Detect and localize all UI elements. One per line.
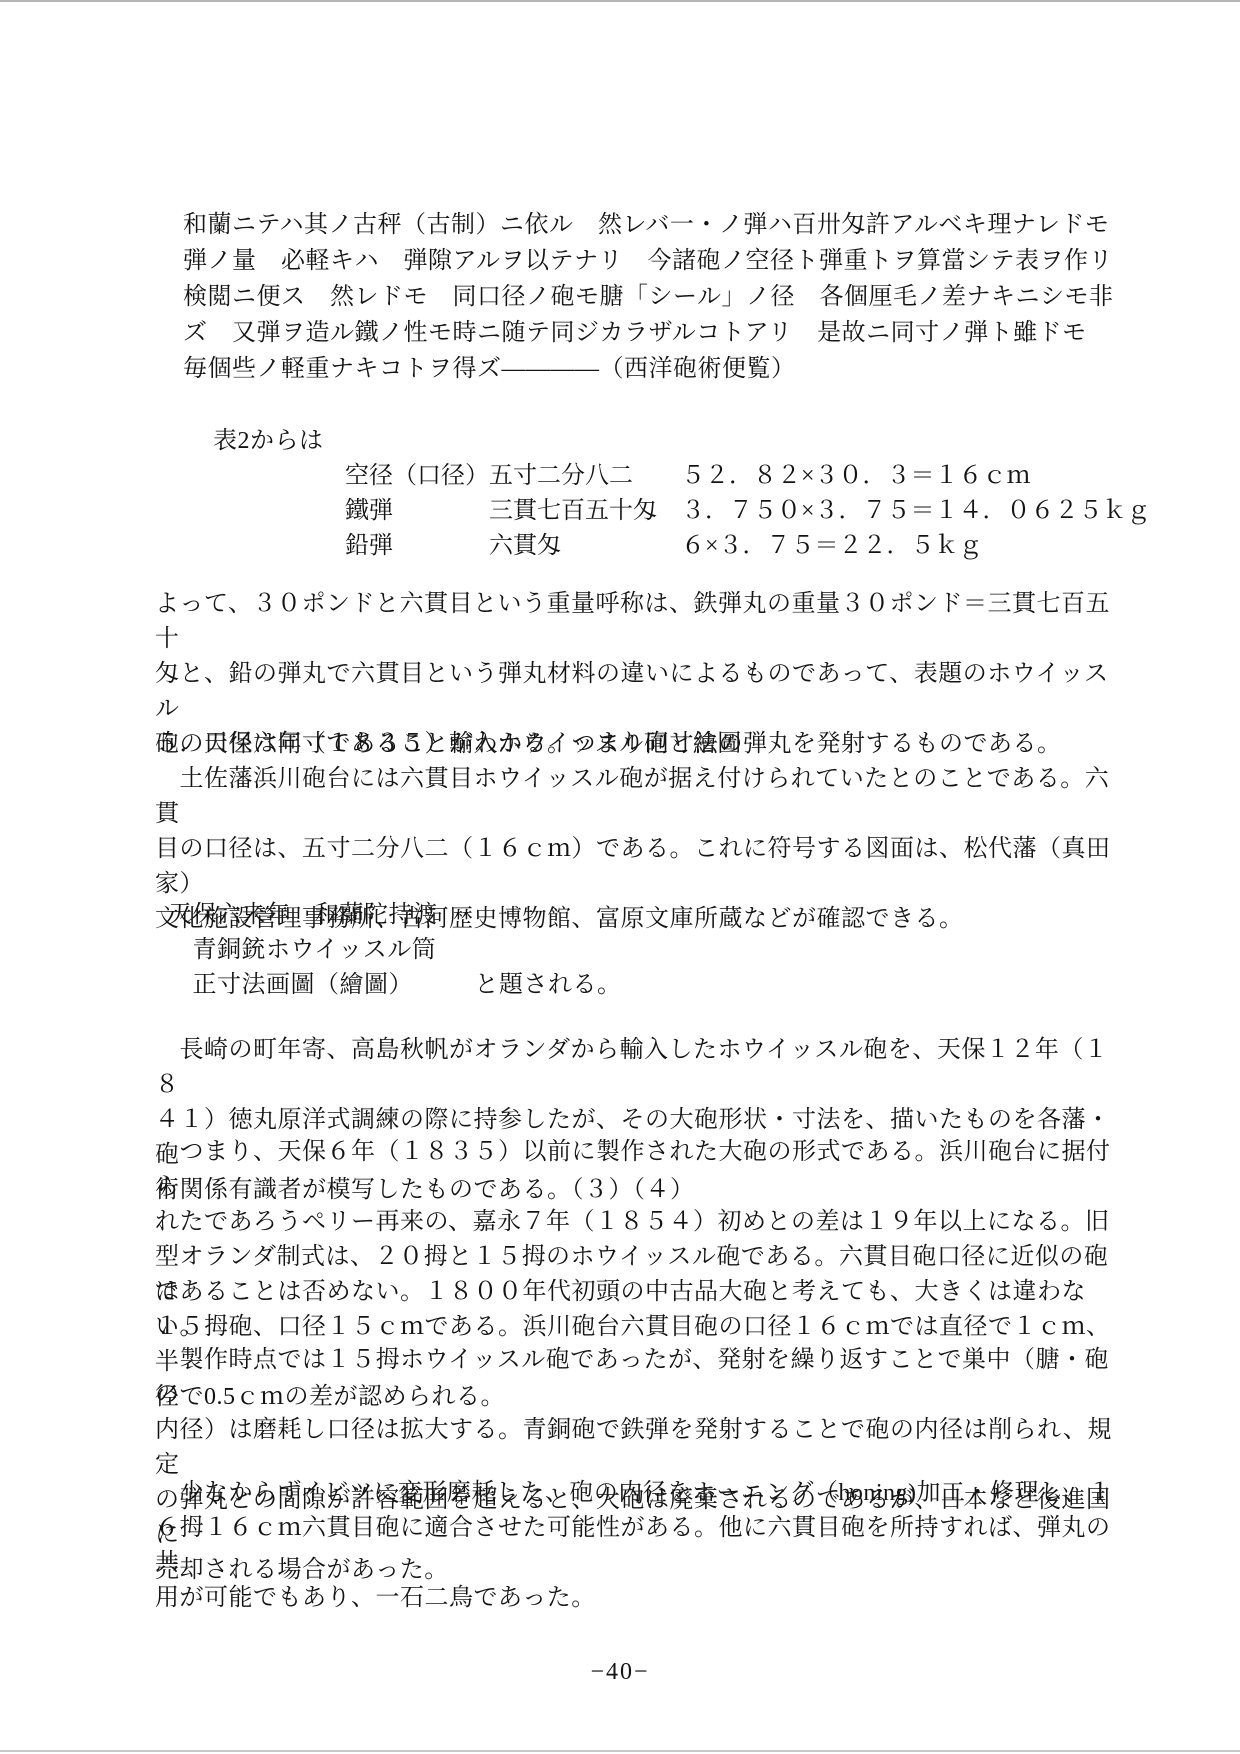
text-line: 内径）は磨耗し口径は拡大する。青銅砲で鉄弾を発射することで砲の内径は削られ、規定: [155, 1413, 1120, 1483]
text-line: 青銅銃ホウイッスル筒: [168, 933, 868, 968]
text-line: ズ 又弾ヲ造ル鐵ノ性モ時ニ随テ同ジカラザルコトアリ 是故ニ同寸ノ弾ト雖ドモ: [183, 315, 1123, 351]
table2-row1-label: 空径（口径）: [345, 459, 489, 494]
table-row: 鉛弾 六貫匁 ６×３．７５＝２２．５ｋｇ: [345, 529, 1151, 564]
text-line: 天保六未年 和蘭陀持渡: [168, 898, 868, 933]
text-line: 用が可能でもあり、一石二鳥であった。: [155, 1581, 1120, 1616]
text-line: よって、３０ポンドと六貫目という重量呼称は、鉄弾丸の重量３０ポンド＝三貫七百五十: [155, 587, 1115, 657]
drawing-title-caption: 天保六未年 和蘭陀持渡 青銅銃ホウイッスル筒 正寸法画圖（繪圖） と題される。: [168, 898, 868, 1003]
table2-row1-value: 五寸二分八二: [489, 459, 681, 494]
page-number: −40−: [0, 1655, 1240, 1690]
classical-quote-block: 和蘭ニテハ其ノ古秤（古制）ニ依ル 然レバ一・ノ弾ハ百卅匁許アルベキ理ナレドモ弾ノ…: [183, 207, 1123, 387]
table2-row1-equation: ５２．８２×３０．３＝１６ｃｍ: [681, 459, 1031, 494]
table2-figures: 空径（口径） 五寸二分八二 ５２．８２×３０．３＝１６ｃｍ 鐵弾 三貫七百五十匁…: [345, 459, 1151, 564]
scan-artifact-bottom-edge: [0, 1750, 1240, 1752]
table2-row3-equation: ６×３．７５＝２２．５ｋｇ: [681, 529, 983, 564]
text-line: 正寸法画圖（繪圖） と題される。: [168, 968, 868, 1003]
scan-artifact-top-edge: [0, 0, 1240, 2]
text-line: ６拇１６ｃｍ六貫目砲に適合させた可能性がある。他に六貫目砲を所持すれば、弾丸の共: [155, 1511, 1120, 1581]
table2-intro-label: 表2からは: [213, 424, 324, 459]
section5-heading: ５．天保六年（１８３５）輸入ホウイッスル砲と繪圖: [155, 727, 742, 762]
table-row: 鐵弾 三貫七百五十匁 ３．７５０×３．７５＝１４．０６２５ｋｇ: [345, 494, 1151, 529]
text-line: 少なからずイビツに変形磨耗した、砲の内径をホーニング（honing)加工・修理し…: [155, 1476, 1120, 1511]
text-line: 毎個些ノ軽重ナキコトヲ得ズ――――（西洋砲術便覧）: [183, 351, 1123, 387]
text-line: オランダ制式は、２０拇と１５拇のホウイッスル砲である。六貫目砲口径に近似の砲は: [155, 1240, 1120, 1310]
scanned-document-page: 和蘭ニテハ其ノ古秤（古制）ニ依ル 然レバ一・ノ弾ハ百卅匁許アルベキ理ナレドモ弾ノ…: [0, 0, 1240, 1754]
table2-row3-value: 六貫匁: [489, 529, 681, 564]
text-line: 製作時点では１５拇ホウイッスル砲であったが、発射を繰り返すことで巣中（膅・砲の: [155, 1343, 1120, 1413]
text-line: つまり、天保６年（１８３５）以前に製作された大砲の形式である。浜川砲台に据付ら: [155, 1135, 1120, 1205]
text-line: 弾ノ量 必軽キハ 弾隙アルヲ以テナリ 今諸砲ノ空径ト弾重トヲ算當シテ表ヲ作リ: [183, 243, 1123, 279]
table2-row2-label: 鐵弾: [345, 494, 489, 529]
table-row: 空径（口径） 五寸二分八二 ５２．８２×３０．３＝１６ｃｍ: [345, 459, 1151, 494]
text-line: 目の口径は、五寸二分八二（１６ｃｍ）である。これに符号する図面は、松代藩（真田家…: [155, 832, 1120, 902]
paragraph-honing-repair: 少なからずイビツに変形磨耗した、砲の内径をホーニング（honing)加工・修理し…: [155, 1476, 1120, 1616]
table2-row2-equation: ３．７５０×３．７５＝１４．０６２５ｋｇ: [681, 494, 1151, 529]
text-line: 検閲ニ便ス 然レドモ 同口径ノ砲モ膅「シール」ノ径 各個厘毛ノ差ナキニシモ非: [183, 279, 1123, 315]
text-line: 長崎の町年寄、高島秋帆がオランダから輸入したホウイッスル砲を、天保１２年（１８: [155, 1033, 1120, 1103]
text-line: 和蘭ニテハ其ノ古秤（古制）ニ依ル 然レバ一・ノ弾ハ百卅匁許アルベキ理ナレドモ: [183, 207, 1123, 243]
table2-row2-value: 三貫七百五十匁: [489, 494, 681, 529]
text-line: 土佐藩浜川砲台には六貫目ホウイッスル砲が据え付けられていたとのことである。六貫: [155, 762, 1120, 832]
table2-row3-label: 鉛弾: [345, 529, 489, 564]
text-line: 匁と、鉛の弾丸で六貫目という弾丸材料の違いによるものであって、表題のホウイッスル: [155, 657, 1115, 727]
